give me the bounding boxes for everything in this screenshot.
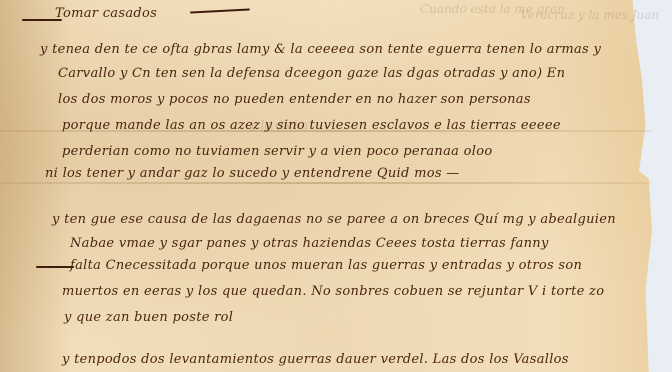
manuscript-line: falta Cnecessitada porque unos mueran la… bbox=[70, 258, 582, 273]
bleed-through-text: Veracruz y la mes Juan bbox=[520, 8, 659, 22]
paper-fold bbox=[0, 182, 652, 184]
manuscript-line: Nabae vmae y sgar panes y otras hazienda… bbox=[70, 236, 549, 251]
manuscript-line: perderian como no tuviamen servir y a vi… bbox=[62, 144, 492, 159]
manuscript-line: y ten gue ese causa de las dagaenas no s… bbox=[52, 212, 616, 227]
manuscript-line: muertos en eeras y los que quedan. No so… bbox=[62, 284, 604, 299]
manuscript-line: Carvallo y Cn ten sen la defensa dceegon… bbox=[58, 66, 565, 81]
manuscript-line: y tenea den te ce ofta gbras lamy & la c… bbox=[40, 42, 601, 57]
manuscript-line: y que zan buen poste rol bbox=[64, 310, 233, 325]
heading: Tomar casados bbox=[55, 6, 157, 21]
manuscript-line: ni los tener y andar gaz lo sucedo y ent… bbox=[45, 166, 460, 181]
margin-stroke bbox=[36, 266, 74, 268]
manuscript-line: los dos moros y pocos no pueden entender… bbox=[58, 92, 531, 107]
manuscript-line: porque mande las an os azez y sino tuvie… bbox=[62, 118, 561, 133]
manuscript-line: y tenpodos dos levantamientos guerras da… bbox=[62, 352, 569, 367]
